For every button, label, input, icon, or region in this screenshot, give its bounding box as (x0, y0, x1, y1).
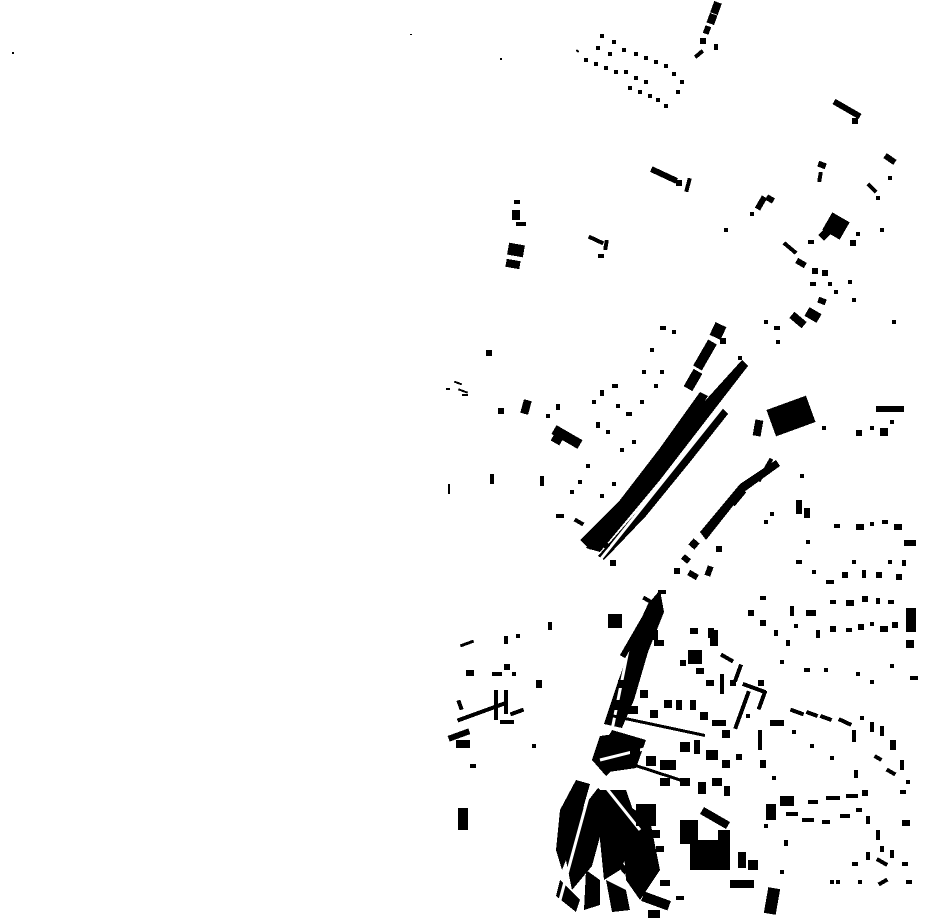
building-footprint (676, 90, 680, 94)
building-footprint (570, 490, 574, 494)
building-footprint (660, 880, 670, 886)
building-footprint (830, 880, 834, 884)
building-footprint (900, 790, 906, 794)
building-footprint (644, 56, 648, 60)
building-footprint (716, 546, 722, 552)
building-footprint (672, 330, 676, 334)
building-footprint (516, 222, 526, 226)
building-footprint (826, 796, 840, 800)
building-footprint (720, 338, 726, 344)
building-footprint (660, 760, 676, 770)
building-footprint (650, 710, 658, 718)
building-footprint (770, 720, 784, 726)
building-footprint (672, 72, 676, 76)
building-footprint (830, 600, 836, 604)
building-footprint (612, 482, 616, 486)
building-footprint (760, 596, 766, 600)
building-footprint (890, 740, 896, 750)
building-footprint (862, 570, 866, 578)
building-footprint (448, 484, 450, 494)
building-footprint (888, 600, 894, 604)
building-footprint (698, 782, 706, 794)
building-footprint (612, 384, 618, 388)
building-footprint (606, 430, 610, 434)
building-footprint (876, 406, 904, 412)
building-footprint (904, 540, 916, 546)
building-footprint (690, 700, 696, 710)
building-footprint (654, 384, 658, 388)
building-footprint (772, 776, 776, 780)
building-footprint (512, 210, 520, 220)
building-footprint (500, 720, 514, 724)
building-footprint (822, 820, 830, 824)
building-footprint (828, 282, 832, 286)
building-footprint (750, 212, 754, 216)
building-footprint (852, 560, 856, 564)
building-footprint (626, 706, 638, 714)
building-footprint (862, 596, 868, 602)
building-footprint (676, 700, 682, 710)
building-footprint (674, 568, 680, 574)
building-footprint (720, 674, 724, 694)
building-footprint (894, 524, 902, 530)
building-footprint (842, 572, 848, 578)
building-footprint (712, 778, 722, 786)
building-footprint (556, 514, 564, 518)
building-footprint (900, 760, 904, 770)
building-footprint (596, 422, 600, 428)
building-footprint (712, 720, 726, 726)
building-footprint (882, 520, 888, 524)
building-footprint (812, 570, 816, 574)
building-footprint (470, 764, 476, 768)
building-footprint (810, 282, 816, 286)
building-footprint (856, 524, 864, 530)
building-footprint (760, 620, 766, 626)
building-footprint (802, 818, 814, 822)
building-footprint (796, 500, 802, 514)
building-footprint (592, 400, 596, 404)
building-footprint (856, 232, 860, 236)
building-footprint (612, 40, 616, 44)
building-footprint (724, 228, 728, 232)
building-footprint (584, 58, 588, 62)
building-footprint (856, 672, 860, 676)
building-footprint (852, 298, 856, 302)
building-footprint (646, 756, 656, 766)
building-footprint (764, 824, 768, 828)
building-footprint (616, 404, 620, 408)
building-footprint (622, 48, 626, 52)
building-footprint (808, 800, 818, 804)
building-footprint (462, 394, 468, 396)
building-footprint (608, 614, 622, 628)
building-footprint (906, 780, 910, 784)
building-footprint (764, 320, 768, 324)
building-footprint (714, 44, 718, 50)
building-footprint (784, 840, 788, 846)
building-footprint (880, 726, 884, 736)
building-footprint (490, 474, 494, 484)
building-footprint (906, 608, 916, 632)
building-footprint (504, 690, 508, 714)
building-footprint (688, 650, 702, 664)
building-footprint (880, 428, 888, 436)
building-footprint (516, 634, 520, 638)
building-footprint (870, 522, 874, 526)
building-footprint (608, 52, 612, 56)
building-footprint (846, 794, 858, 798)
building-footprint (556, 404, 560, 410)
building-footprint (774, 326, 780, 330)
building-footprint (790, 606, 794, 616)
building-footprint (806, 610, 816, 616)
building-footprint (596, 46, 600, 50)
building-footprint (770, 512, 774, 516)
building-footprint (680, 660, 686, 666)
building-footprint (870, 680, 874, 684)
building-footprint (660, 326, 666, 330)
building-footprint (852, 730, 856, 742)
building-footprint (860, 716, 864, 720)
building-footprint (586, 464, 590, 468)
building-footprint (718, 830, 730, 864)
building-footprint (822, 426, 826, 430)
building-footprint (548, 622, 552, 630)
building-footprint (896, 574, 902, 580)
building-footprint (648, 910, 660, 918)
building-footprint (632, 440, 636, 444)
building-footprint (600, 390, 604, 396)
building-footprint (748, 860, 758, 870)
building-footprint (540, 476, 544, 486)
building-footprint (746, 714, 750, 718)
building-footprint (892, 622, 898, 628)
building-footprint (654, 60, 658, 64)
building-footprint (612, 700, 626, 710)
building-footprint (816, 630, 820, 638)
building-footprint (492, 672, 502, 676)
building-footprint (836, 880, 840, 884)
building-footprint (876, 196, 880, 200)
building-footprint (856, 430, 862, 436)
building-footprint (498, 408, 504, 414)
building-footprint (902, 862, 908, 866)
building-footprint (722, 730, 730, 738)
building-footprint (880, 228, 884, 232)
building-footprint (830, 756, 834, 760)
building-footprint (600, 34, 604, 38)
building-footprint (794, 624, 798, 628)
building-footprint (800, 474, 804, 478)
building-footprint (786, 812, 798, 816)
building-footprint (700, 712, 708, 720)
building-footprint (910, 676, 918, 680)
building-footprint (578, 480, 582, 484)
building-footprint (644, 80, 648, 84)
building-footprint (780, 870, 784, 874)
building-footprint (676, 896, 684, 900)
building-footprint (514, 200, 520, 204)
building-footprint (776, 340, 780, 344)
building-footprint (628, 86, 632, 90)
building-footprint (626, 412, 632, 416)
building-footprint (840, 814, 850, 818)
building-footprint (610, 560, 616, 566)
building-footprint (486, 350, 492, 356)
building-footprint (796, 560, 802, 564)
building-footprint (780, 660, 784, 664)
building-footprint (12, 52, 14, 54)
building-footprint (536, 680, 542, 688)
building-footprint (636, 804, 656, 826)
building-footprint (594, 62, 598, 66)
building-footprint (902, 820, 910, 826)
building-footprint (730, 880, 754, 888)
building-footprint (826, 580, 834, 584)
building-footprint (680, 778, 690, 786)
building-footprint (862, 790, 868, 796)
building-footprint (876, 598, 880, 604)
building-footprint (824, 668, 828, 672)
building-footprint (834, 290, 838, 294)
building-footprint (852, 862, 858, 866)
building-footprint (738, 852, 746, 868)
building-footprint (504, 636, 508, 644)
building-footprint (892, 320, 896, 324)
building-footprint (642, 370, 646, 374)
building-footprint (822, 270, 828, 276)
building-footprint (504, 664, 510, 670)
building-footprint (812, 268, 818, 274)
building-footprint (876, 830, 880, 840)
building-footprint (598, 254, 604, 258)
building-footprint (786, 640, 790, 646)
building-footprint (724, 786, 730, 796)
building-footprint (792, 730, 796, 734)
building-footprint (614, 70, 618, 74)
building-footprint (660, 370, 664, 374)
building-footprint (848, 280, 852, 284)
building-footprint (676, 180, 682, 186)
building-footprint (748, 610, 754, 616)
building-footprint (446, 388, 450, 390)
building-footprint (774, 630, 778, 636)
building-footprint (866, 816, 870, 824)
building-footprint (648, 94, 652, 98)
building-footprint (700, 38, 706, 44)
building-footprint (804, 668, 810, 672)
map-background (0, 0, 930, 924)
building-footprint (856, 808, 862, 812)
building-footprint (600, 494, 604, 498)
building-footprint (846, 600, 854, 606)
building-footprint (804, 508, 810, 518)
building-footprint (706, 680, 714, 686)
building-footprint (870, 622, 874, 626)
building-footprint (664, 700, 672, 708)
building-footprint (532, 744, 536, 748)
building-footprint (500, 58, 502, 60)
building-footprint (858, 624, 864, 630)
building-footprint (690, 628, 698, 634)
building-footprint (870, 426, 874, 430)
building-footprint (638, 90, 642, 94)
building-footprint (410, 34, 412, 35)
building-footprint (758, 680, 764, 686)
building-footprint (780, 796, 794, 806)
building-footprint (456, 740, 470, 748)
building-footprint (830, 626, 836, 632)
building-footprint (846, 628, 852, 632)
building-footprint (656, 98, 660, 102)
building-footprint (736, 754, 742, 760)
building-footprint (758, 730, 762, 750)
building-footprint (722, 760, 730, 768)
building-footprint (706, 750, 718, 760)
building-footprint (906, 640, 914, 648)
building-footprint (696, 668, 704, 674)
building-footprint (880, 626, 888, 632)
building-footprint (854, 770, 858, 778)
building-footprint (834, 524, 840, 528)
building-footprint (660, 778, 670, 786)
building-footprint (654, 640, 664, 646)
building-footprint (890, 850, 894, 858)
building-footprint (888, 560, 892, 564)
building-footprint (664, 64, 668, 68)
building-footprint (890, 420, 894, 424)
building-footprint (634, 52, 638, 56)
building-footprint (512, 672, 516, 676)
building-footprint (810, 744, 814, 748)
building-footprint (710, 630, 718, 646)
building-footprint (850, 240, 856, 246)
building-footprint (764, 520, 768, 524)
building-footprint (630, 746, 640, 754)
building-footprint (652, 630, 658, 640)
figure-ground-map (0, 0, 930, 924)
building-footprint (880, 846, 884, 852)
building-footprint (624, 70, 628, 74)
building-footprint (494, 690, 498, 720)
building-footprint (806, 540, 810, 544)
building-footprint (656, 846, 664, 852)
building-footprint (680, 80, 684, 84)
building-footprint (876, 572, 882, 578)
building-footprint (650, 830, 660, 838)
building-footprint (664, 104, 668, 108)
building-footprint (870, 722, 874, 732)
building-footprint (766, 804, 776, 820)
building-footprint (890, 664, 894, 668)
building-footprint (640, 400, 644, 404)
building-footprint (680, 742, 690, 752)
building-footprint (852, 118, 858, 124)
building-footprint (760, 760, 766, 768)
building-footprint (618, 680, 628, 688)
building-footprint (808, 240, 814, 244)
building-footprint (906, 880, 912, 884)
building-footprint (888, 176, 892, 180)
building-footprint (466, 670, 474, 676)
building-footprint (546, 414, 550, 418)
building-footprint (858, 880, 862, 884)
building-footprint (640, 690, 648, 698)
building-footprint (694, 740, 700, 754)
building-footprint (620, 448, 624, 452)
building-footprint (866, 852, 870, 860)
building-footprint (604, 66, 608, 70)
building-footprint (658, 590, 666, 594)
building-footprint (650, 348, 654, 352)
building-footprint (458, 808, 468, 830)
building-footprint (738, 356, 742, 360)
building-footprint (634, 76, 638, 80)
building-footprint (902, 560, 906, 566)
